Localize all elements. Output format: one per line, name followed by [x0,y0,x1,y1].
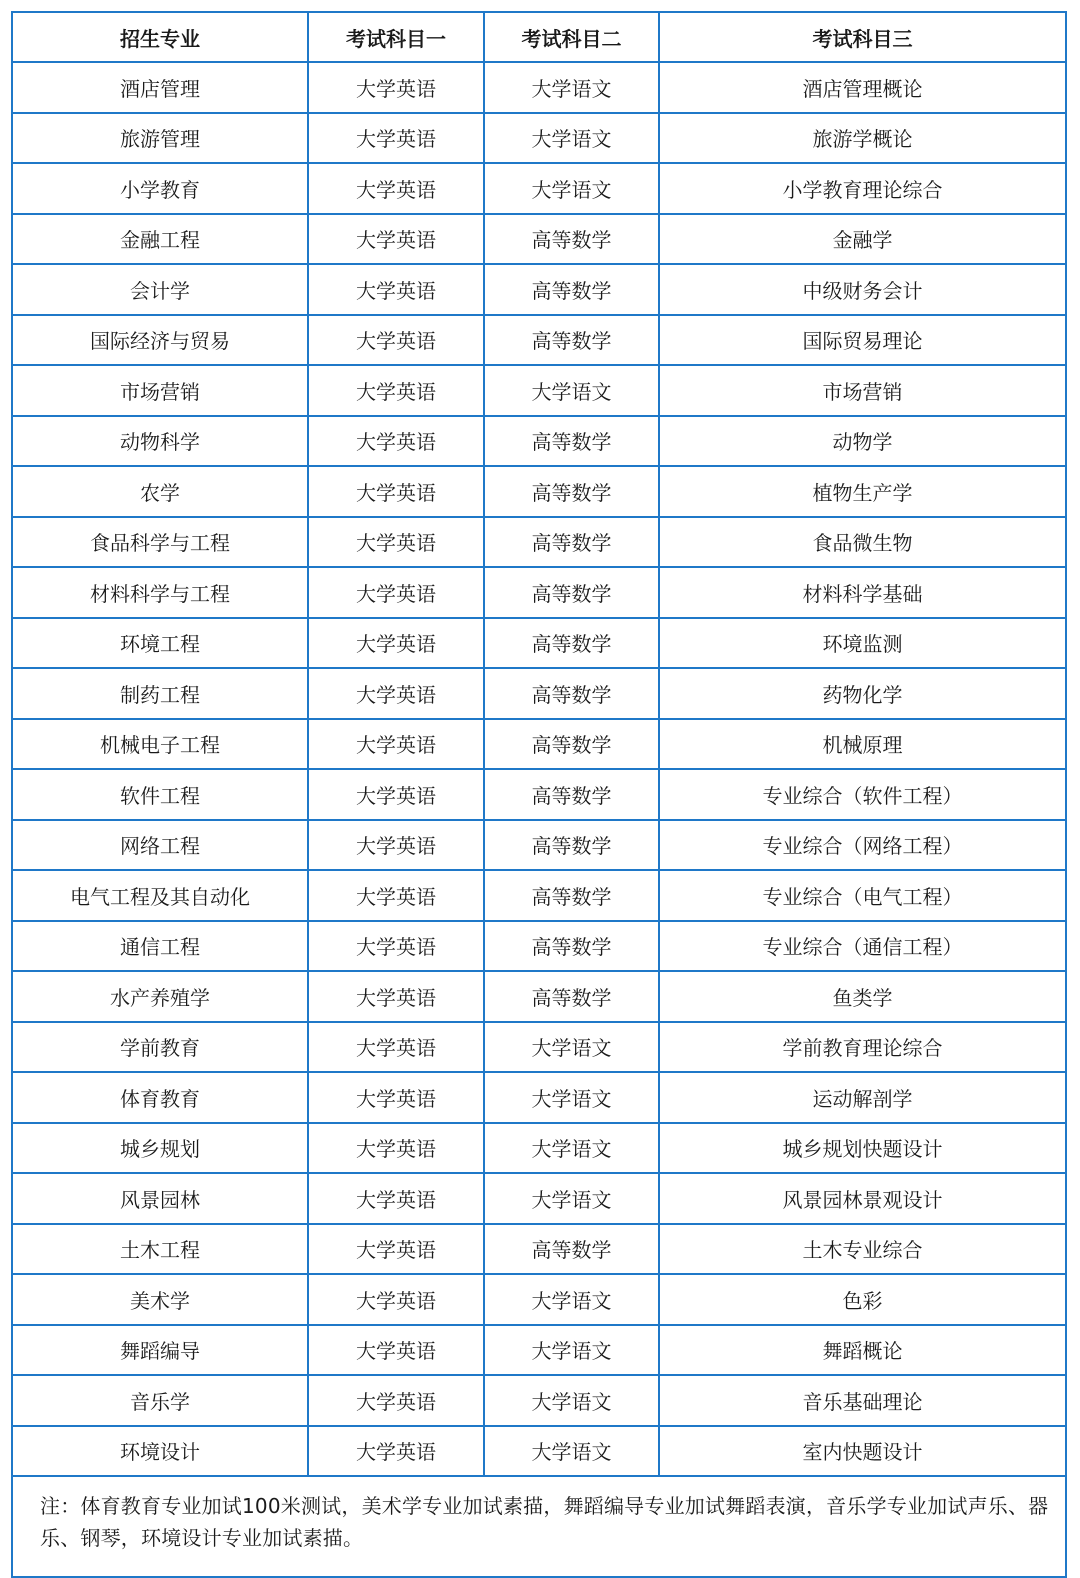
cell-major: 市场营销 [12,365,308,416]
cell-subject-two: 大学语文 [484,1274,659,1325]
table-row: 环境工程大学英语高等数学环境监测 [12,618,1066,669]
table-row: 酒店管理大学英语大学语文酒店管理概论 [12,62,1066,113]
table-row: 会计学大学英语高等数学中级财务会计 [12,264,1066,315]
cell-major: 体育教育 [12,1072,308,1123]
cell-major: 金融工程 [12,214,308,265]
cell-subject-three: 风景园林景观设计 [659,1173,1066,1224]
note-row: 注：体育教育专业加试100米测试，美术学专业加试素描，舞蹈编导专业加试舞蹈表演，… [12,1476,1066,1577]
table-row: 农学大学英语高等数学植物生产学 [12,466,1066,517]
cell-subject-two: 高等数学 [484,618,659,669]
cell-subject-three: 金融学 [659,214,1066,265]
table-row: 旅游管理大学英语大学语文旅游学概论 [12,113,1066,164]
table-row: 金融工程大学英语高等数学金融学 [12,214,1066,265]
cell-subject-three: 旅游学概论 [659,113,1066,164]
cell-subject-three: 市场营销 [659,365,1066,416]
cell-subject-one: 大学英语 [308,1123,484,1174]
cell-subject-three: 中级财务会计 [659,264,1066,315]
cell-major: 音乐学 [12,1375,308,1426]
cell-subject-one: 大学英语 [308,416,484,467]
cell-subject-one: 大学英语 [308,1173,484,1224]
cell-subject-two: 大学语文 [484,163,659,214]
table-row: 学前教育大学英语大学语文学前教育理论综合 [12,1022,1066,1073]
cell-subject-two: 高等数学 [484,214,659,265]
cell-subject-two: 高等数学 [484,264,659,315]
table-row: 城乡规划大学英语大学语文城乡规划快题设计 [12,1123,1066,1174]
cell-subject-one: 大学英语 [308,1072,484,1123]
cell-subject-two: 高等数学 [484,921,659,972]
cell-subject-one: 大学英语 [308,921,484,972]
cell-subject-one: 大学英语 [308,769,484,820]
table-row: 网络工程大学英语高等数学专业综合（网络工程） [12,820,1066,871]
exam-subjects-table-container: 招生专业 考试科目一 考试科目二 考试科目三 酒店管理大学英语大学语文酒店管理概… [11,11,1065,1578]
cell-subject-three: 环境监测 [659,618,1066,669]
cell-major: 食品科学与工程 [12,517,308,568]
cell-subject-one: 大学英语 [308,365,484,416]
cell-subject-one: 大学英语 [308,315,484,366]
cell-subject-three: 土木专业综合 [659,1224,1066,1275]
cell-subject-three: 运动解剖学 [659,1072,1066,1123]
table-row: 舞蹈编导大学英语大学语文舞蹈概论 [12,1325,1066,1376]
table-row: 美术学大学英语大学语文色彩 [12,1274,1066,1325]
table-row: 国际经济与贸易大学英语高等数学国际贸易理论 [12,315,1066,366]
cell-subject-three: 动物学 [659,416,1066,467]
table-body: 酒店管理大学英语大学语文酒店管理概论旅游管理大学英语大学语文旅游学概论小学教育大… [12,62,1066,1476]
header-subject-one: 考试科目一 [308,12,484,62]
cell-subject-two: 大学语文 [484,1426,659,1477]
cell-subject-two: 大学语文 [484,1022,659,1073]
cell-subject-three: 药物化学 [659,668,1066,719]
table-row: 风景园林大学英语大学语文风景园林景观设计 [12,1173,1066,1224]
table-row: 电气工程及其自动化大学英语高等数学专业综合（电气工程） [12,870,1066,921]
cell-major: 软件工程 [12,769,308,820]
cell-subject-two: 大学语文 [484,113,659,164]
header-subject-two: 考试科目二 [484,12,659,62]
cell-subject-one: 大学英语 [308,113,484,164]
cell-major: 材料科学与工程 [12,567,308,618]
cell-subject-one: 大学英语 [308,1375,484,1426]
cell-subject-one: 大学英语 [308,163,484,214]
cell-subject-one: 大学英语 [308,567,484,618]
cell-subject-three: 专业综合（网络工程） [659,820,1066,871]
cell-major: 酒店管理 [12,62,308,113]
cell-subject-one: 大学英语 [308,517,484,568]
header-major: 招生专业 [12,12,308,62]
cell-subject-three: 酒店管理概论 [659,62,1066,113]
cell-subject-two: 大学语文 [484,62,659,113]
cell-subject-two: 大学语文 [484,1072,659,1123]
cell-subject-two: 高等数学 [484,315,659,366]
cell-major: 农学 [12,466,308,517]
cell-subject-one: 大学英语 [308,1022,484,1073]
cell-subject-three: 食品微生物 [659,517,1066,568]
cell-subject-three: 植物生产学 [659,466,1066,517]
cell-subject-two: 大学语文 [484,1325,659,1376]
cell-subject-one: 大学英语 [308,668,484,719]
cell-subject-two: 大学语文 [484,1123,659,1174]
cell-subject-two: 高等数学 [484,668,659,719]
cell-subject-three: 舞蹈概论 [659,1325,1066,1376]
cell-subject-one: 大学英语 [308,1224,484,1275]
cell-subject-three: 专业综合（通信工程） [659,921,1066,972]
cell-major: 学前教育 [12,1022,308,1073]
cell-subject-three: 材料科学基础 [659,567,1066,618]
cell-subject-two: 高等数学 [484,567,659,618]
cell-subject-two: 大学语文 [484,1173,659,1224]
cell-major: 电气工程及其自动化 [12,870,308,921]
table-note: 注：体育教育专业加试100米测试，美术学专业加试素描，舞蹈编导专业加试舞蹈表演，… [12,1476,1066,1577]
cell-major: 美术学 [12,1274,308,1325]
cell-subject-three: 专业综合（电气工程） [659,870,1066,921]
table-row: 水产养殖学大学英语高等数学鱼类学 [12,971,1066,1022]
cell-major: 城乡规划 [12,1123,308,1174]
cell-subject-three: 色彩 [659,1274,1066,1325]
cell-major: 会计学 [12,264,308,315]
cell-subject-three: 小学教育理论综合 [659,163,1066,214]
cell-subject-one: 大学英语 [308,719,484,770]
cell-major: 土木工程 [12,1224,308,1275]
cell-subject-one: 大学英语 [308,1426,484,1477]
cell-subject-one: 大学英语 [308,971,484,1022]
cell-subject-three: 城乡规划快题设计 [659,1123,1066,1174]
cell-major: 小学教育 [12,163,308,214]
table-row: 体育教育大学英语大学语文运动解剖学 [12,1072,1066,1123]
cell-subject-one: 大学英语 [308,214,484,265]
cell-subject-one: 大学英语 [308,466,484,517]
cell-subject-two: 大学语文 [484,1375,659,1426]
table-row: 软件工程大学英语高等数学专业综合（软件工程） [12,769,1066,820]
cell-subject-three: 国际贸易理论 [659,315,1066,366]
cell-subject-one: 大学英语 [308,1274,484,1325]
cell-major: 制药工程 [12,668,308,719]
cell-subject-three: 专业综合（软件工程） [659,769,1066,820]
cell-subject-two: 高等数学 [484,1224,659,1275]
table-row: 市场营销大学英语大学语文市场营销 [12,365,1066,416]
cell-subject-two: 高等数学 [484,820,659,871]
cell-subject-one: 大学英语 [308,1325,484,1376]
cell-major: 网络工程 [12,820,308,871]
table-row: 土木工程大学英语高等数学土木专业综合 [12,1224,1066,1275]
cell-major: 舞蹈编导 [12,1325,308,1376]
cell-subject-two: 大学语文 [484,365,659,416]
cell-major: 通信工程 [12,921,308,972]
cell-major: 动物科学 [12,416,308,467]
cell-subject-one: 大学英语 [308,870,484,921]
cell-major: 旅游管理 [12,113,308,164]
table-row: 材料科学与工程大学英语高等数学材料科学基础 [12,567,1066,618]
table-row: 动物科学大学英语高等数学动物学 [12,416,1066,467]
cell-subject-two: 高等数学 [484,719,659,770]
exam-subjects-table: 招生专业 考试科目一 考试科目二 考试科目三 酒店管理大学英语大学语文酒店管理概… [11,11,1067,1578]
cell-subject-two: 高等数学 [484,416,659,467]
cell-major: 水产养殖学 [12,971,308,1022]
cell-major: 国际经济与贸易 [12,315,308,366]
cell-subject-one: 大学英语 [308,820,484,871]
cell-subject-two: 高等数学 [484,870,659,921]
table-row: 小学教育大学英语大学语文小学教育理论综合 [12,163,1066,214]
table-row: 机械电子工程大学英语高等数学机械原理 [12,719,1066,770]
cell-subject-two: 高等数学 [484,517,659,568]
cell-subject-one: 大学英语 [308,264,484,315]
cell-subject-one: 大学英语 [308,618,484,669]
cell-subject-three: 学前教育理论综合 [659,1022,1066,1073]
table-row: 食品科学与工程大学英语高等数学食品微生物 [12,517,1066,568]
cell-subject-three: 机械原理 [659,719,1066,770]
cell-subject-one: 大学英语 [308,62,484,113]
cell-subject-two: 高等数学 [484,971,659,1022]
table-row: 音乐学大学英语大学语文音乐基础理论 [12,1375,1066,1426]
table-row: 制药工程大学英语高等数学药物化学 [12,668,1066,719]
header-subject-three: 考试科目三 [659,12,1066,62]
cell-major: 环境工程 [12,618,308,669]
table-row: 通信工程大学英语高等数学专业综合（通信工程） [12,921,1066,972]
table-row: 环境设计大学英语大学语文室内快题设计 [12,1426,1066,1477]
cell-major: 环境设计 [12,1426,308,1477]
cell-subject-three: 室内快题设计 [659,1426,1066,1477]
cell-major: 机械电子工程 [12,719,308,770]
cell-subject-two: 高等数学 [484,466,659,517]
cell-major: 风景园林 [12,1173,308,1224]
cell-subject-three: 音乐基础理论 [659,1375,1066,1426]
table-header-row: 招生专业 考试科目一 考试科目二 考试科目三 [12,12,1066,62]
cell-subject-two: 高等数学 [484,769,659,820]
cell-subject-three: 鱼类学 [659,971,1066,1022]
